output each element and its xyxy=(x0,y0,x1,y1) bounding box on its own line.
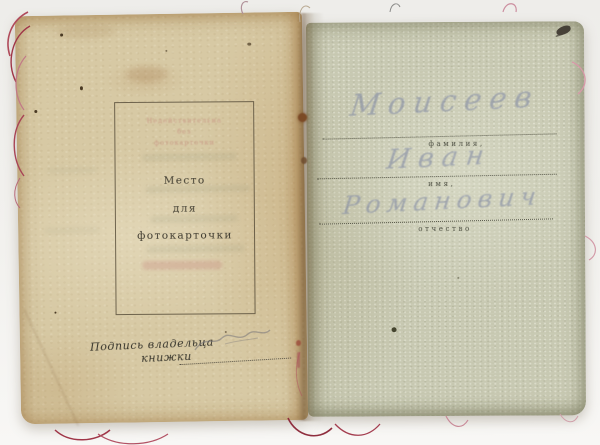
signature-dotted-line xyxy=(179,358,291,366)
rust-stitch-stain xyxy=(297,352,300,368)
paper-speck xyxy=(392,327,397,332)
owner-signature-caption: книжки xyxy=(141,350,192,365)
ink-bleedthrough xyxy=(44,227,99,234)
faded-stamp-smudge xyxy=(142,260,222,270)
paper-speck xyxy=(247,43,251,46)
photo-place-label: Место xyxy=(116,174,254,187)
stamp-line: фотокарточки xyxy=(115,137,253,149)
handwritten-patronymic: Романович xyxy=(341,181,544,220)
handwritten-surname: Моисеев xyxy=(348,79,541,122)
left-page: Недействительна без фотокарточки Место д… xyxy=(15,12,308,424)
ink-blot xyxy=(555,24,572,36)
paper-speck xyxy=(54,312,56,314)
paper-stain xyxy=(55,25,115,40)
field-label-patronymic: отчество xyxy=(390,225,500,234)
paper-speck xyxy=(457,277,459,279)
paper-speck xyxy=(225,331,227,333)
paper-speck xyxy=(60,34,63,37)
dotted-rule-firstname xyxy=(317,174,557,180)
paper-crease xyxy=(23,309,79,426)
paper-speck xyxy=(165,50,167,52)
rust-stitch-stain xyxy=(298,113,307,122)
handwritten-firstname: Иван xyxy=(385,139,494,175)
paper-speck xyxy=(34,110,37,113)
book-spine-fold xyxy=(286,13,324,421)
rust-stitch-stain xyxy=(301,157,307,164)
photo-placeholder-box: Недействительна без фотокарточки Место д… xyxy=(114,101,255,315)
ink-bleedthrough xyxy=(47,167,97,174)
dotted-rule-surname xyxy=(323,133,557,139)
faded-red-stamp: Недействительна без фотокарточки xyxy=(115,115,253,149)
rust-stitch-stain xyxy=(296,340,301,346)
paper-speck xyxy=(80,86,83,90)
photographed-open-booklet: Недействительна без фотокарточки Место д… xyxy=(0,0,600,445)
right-page: Моисеев фамилия, Иван имя, Романович отч… xyxy=(306,21,586,416)
photo-place-label: для xyxy=(116,202,254,215)
photo-place-label: фотокарточки xyxy=(116,229,254,242)
paper-stain xyxy=(126,66,168,83)
